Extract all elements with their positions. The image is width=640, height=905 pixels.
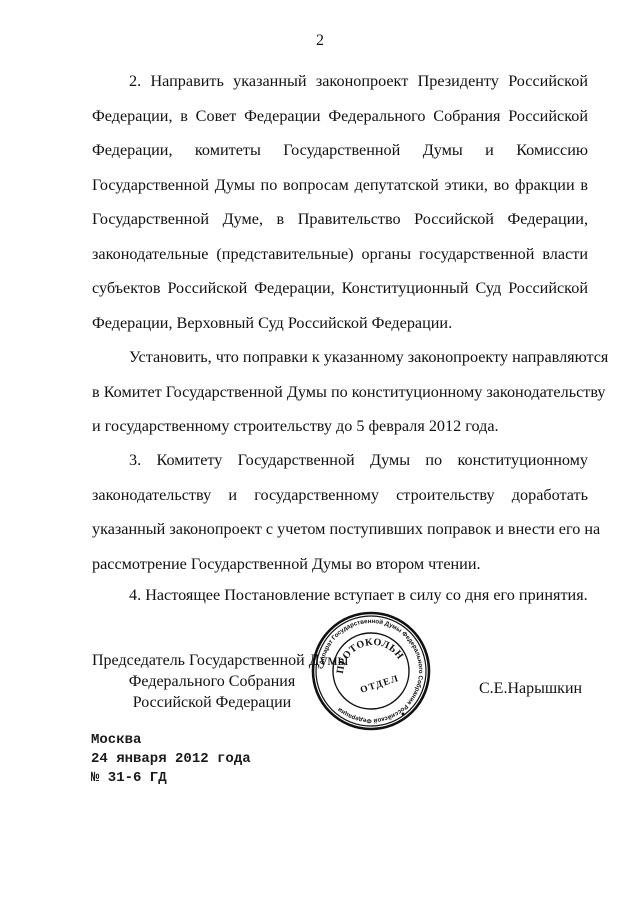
page-number: 2 (0, 32, 640, 50)
paragraph-item-2: 2. Направить указанный законопроект През… (92, 64, 588, 340)
paragraph-amendments: Установить, что поправки к указанному за… (92, 340, 588, 444)
footer-city: Москва (91, 731, 251, 750)
text-line: Федерации, Верховный Суд Российской Феде… (92, 306, 588, 341)
text-line: Государственной Думы по вопросам депутат… (92, 168, 588, 203)
footer-number: № 31-6 ГД (91, 769, 251, 788)
svg-text:Аппарат Государственной Думы Ф: Аппарат Государственной Думы Федеральног… (318, 618, 424, 724)
text-line: 2. Направить указанный законопроект През… (92, 64, 588, 99)
text-line: законодательные (представительные) орган… (92, 237, 588, 272)
text-line: 3. Комитету Государственной Думы по конс… (92, 443, 588, 478)
text-line: Федерации, в Совет Федерации Федеральног… (92, 99, 588, 134)
text-line: рассмотрение Государственной Думы во вто… (92, 547, 588, 582)
paragraph-item-3: 3. Комитету Государственной Думы по конс… (92, 443, 588, 581)
signer-title-line: Российской Федерации (92, 692, 332, 713)
text-line: 4. Настоящее Постановление вступает в си… (92, 578, 588, 613)
text-line: Установить, что поправки к указанному за… (92, 340, 588, 375)
text-line: субъектов Российской Федерации, Конститу… (92, 271, 588, 306)
signer-title-line: Федерального Собрания (92, 671, 332, 692)
text-line: законодательству и государственному стро… (92, 478, 588, 513)
document-footer: Москва 24 января 2012 года № 31-6 ГД (91, 731, 251, 788)
signer-name: С.Е.Нарышкин (479, 680, 582, 698)
official-stamp-icon: Аппарат Государственной Думы Федеральног… (310, 610, 432, 732)
footer-date: 24 января 2012 года (91, 750, 251, 769)
svg-text:ОТДЕЛ: ОТДЕЛ (359, 674, 401, 696)
text-line: Государственной Думе, в Правительство Ро… (92, 202, 588, 237)
paragraph-item-4: 4. Настоящее Постановление вступает в си… (92, 578, 588, 613)
text-line: указанный законопроект с учетом поступив… (92, 512, 588, 547)
text-line: и государственному строительству до 5 фе… (92, 409, 588, 444)
text-line: Федерации, комитеты Государственной Думы… (92, 133, 588, 168)
text-line: в Комитет Государственной Думы по консти… (92, 375, 588, 410)
